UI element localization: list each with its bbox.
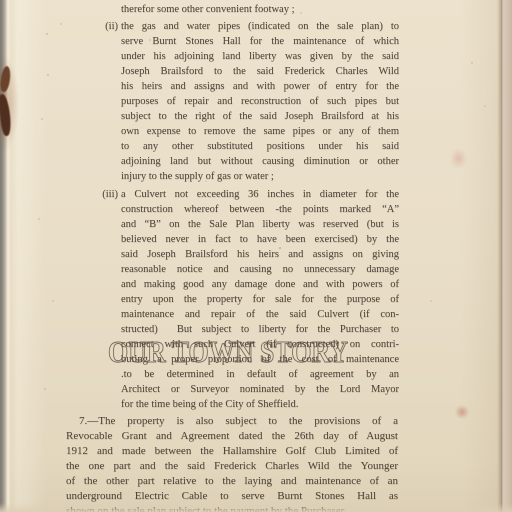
text-line: .to be determined in default of agreemen…	[121, 367, 399, 382]
text-line: his heirs and assigns and with power of …	[121, 79, 399, 94]
text-line: purposes of repair and reconstruction of…	[121, 94, 399, 109]
text-line: of the other part relative to the laying…	[66, 474, 398, 489]
text-line: believed never in fact to have been exer…	[121, 232, 399, 247]
bottom-edge-fade	[0, 503, 512, 512]
text-line: injury to the supply of gas or water ;	[121, 169, 399, 184]
text-line: to any other substituted positions under…	[121, 139, 399, 154]
text-line: the gas and water pipes (indicated on th…	[121, 19, 399, 34]
text-line: Revocable Grant and Agreement dated the …	[66, 429, 398, 444]
text-line: subject to the right of the said Joseph …	[121, 109, 399, 124]
clause-ii-lines: the gas and water pipes (indicated on th…	[121, 19, 399, 184]
clause-ii-marker: (ii)	[94, 19, 118, 34]
text-line: serve Burnt Stones Hall for the maintena…	[121, 34, 399, 49]
text-line: own expense to remove the same pipes or …	[121, 124, 399, 139]
text-line: and “B” on the Sale Plan liberty was res…	[121, 217, 399, 232]
paper-specks	[0, 0, 2, 2]
text-line: under his adjoining land liberty was giv…	[121, 49, 399, 64]
text-line: said Joseph Brailsford his heirs and ass…	[121, 247, 399, 262]
text-line: 7.—The property is also subject to the p…	[66, 414, 398, 429]
paragraph-7-lines: 7.—The property is also subject to the p…	[66, 414, 398, 512]
text-line: the one part and the said Frederick Char…	[66, 459, 398, 474]
text-line: buting a proper proportion of the cost o…	[121, 352, 399, 367]
text-line: for the time being of the City of Sheffi…	[121, 397, 399, 412]
clause-iii-lines: a Culvert not exceeding 36 inches in dia…	[121, 187, 399, 412]
text-line: Architect or Surveyor nominated by the L…	[121, 382, 399, 397]
text-line: adjoining land but without causing dimin…	[121, 154, 399, 169]
text-line: and making good any damage done and with…	[121, 277, 399, 292]
page-right-edge	[497, 0, 512, 512]
brown-stain	[0, 58, 19, 150]
text-line: 1912 and made between the Hallamshire Go…	[66, 444, 398, 459]
continuation-line: therefor some other convenient footway ;	[121, 2, 399, 17]
text-line: a Culvert not exceeding 36 inches in dia…	[121, 187, 399, 202]
pink-smudge	[450, 148, 467, 169]
text-line: Joseph Brailsford to the said Frederick …	[121, 64, 399, 79]
clause-iii: (iii) a Culvert not exceeding 36 inches …	[121, 187, 399, 412]
scanned-document-page: therefor some other convenient footway ;…	[0, 0, 512, 512]
text-line: connect with such Culvert (if constructe…	[121, 337, 399, 352]
red-stain-dot	[455, 405, 469, 419]
text-line: entry upon the property for sale for the…	[121, 292, 399, 307]
text-line: underground Electric Cable to serve Burn…	[66, 489, 398, 504]
text-line: reasonable notice and causing no unneces…	[121, 262, 399, 277]
paragraph-7: 7.—The property is also subject to the p…	[66, 414, 398, 512]
text-line: structed) But subject to liberty for the…	[121, 322, 399, 337]
text-line: maintenance and repair of the said Culve…	[121, 307, 399, 322]
text-line: construction whereof between -the points…	[121, 202, 399, 217]
clause-ii: (ii) the gas and water pipes (indicated …	[121, 19, 399, 184]
clause-iii-marker: (iii)	[94, 187, 118, 202]
